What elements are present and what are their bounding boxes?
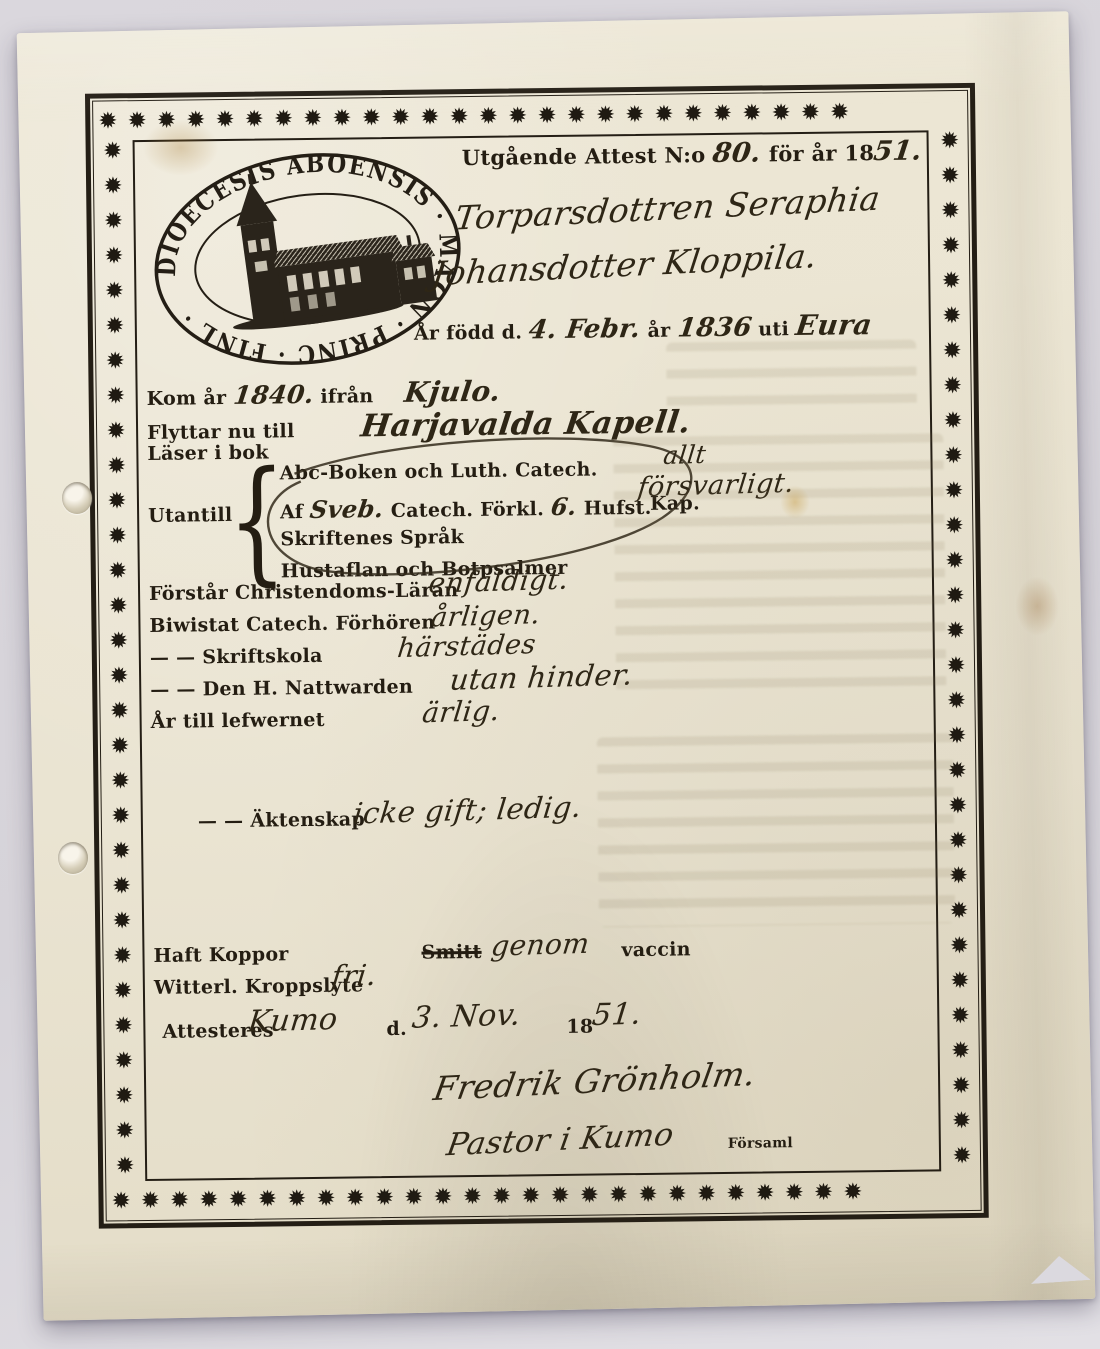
header-year-label: för år 18 bbox=[769, 140, 875, 166]
scanned-certificate-photo: { "ornaments": { "rosette": "✹" }, "embl… bbox=[0, 0, 1100, 1349]
attest-place-handwritten: Kumo bbox=[246, 1002, 339, 1040]
signature-title-printed: Församl bbox=[728, 1135, 793, 1152]
born-label: År född d. bbox=[414, 321, 523, 344]
attest-century-label: 18 bbox=[566, 1016, 593, 1038]
koppor-value-handwritten: genom bbox=[489, 927, 591, 963]
document-paper: ✹✹✹✹✹✹✹✹✹✹✹✹✹✹✹✹✹✹✹✹✹✹✹✹✹✹ ✹✹✹✹✹✹✹✹✹✹✹✹✹… bbox=[17, 11, 1096, 1321]
rosette-row-bottom-icon: ✹✹✹✹✹✹✹✹✹✹✹✹✹✹✹✹✹✹✹✹✹✹✹✹✹✹ bbox=[111, 1174, 979, 1219]
attest-year-handwritten: 51. bbox=[872, 135, 924, 167]
came-from-label: ifrån bbox=[320, 385, 373, 408]
born-place-handwritten: Eura bbox=[794, 308, 874, 342]
punch-hole bbox=[62, 482, 92, 514]
reverse-print-showthrough bbox=[613, 433, 946, 697]
came-year-handwritten: 1840. bbox=[231, 380, 315, 410]
forstar-value-handwritten: enfaldigt. bbox=[427, 563, 571, 600]
attest-year-handwritten: 51. bbox=[590, 997, 643, 1033]
lefwernet-value-handwritten: ärlig. bbox=[421, 694, 502, 729]
aktenskap-label: — — Äktenskap bbox=[198, 808, 365, 832]
lefwernet-label: År till lefwernet bbox=[151, 709, 325, 733]
skriftskola-value-handwritten: härstädes bbox=[396, 629, 538, 664]
came-label: Kom år bbox=[147, 387, 227, 410]
aktenskap-value-handwritten: icke gift; ledig. bbox=[352, 790, 584, 831]
punch-hole bbox=[58, 842, 88, 874]
born-place-label: uti bbox=[758, 318, 789, 340]
koppor-post-label: vaccin bbox=[621, 938, 691, 961]
skriftskola-label: — — Skriftskola bbox=[150, 645, 323, 669]
nattwarden-label: — — Den H. Nattwarden bbox=[150, 676, 413, 701]
nattwarden-value-handwritten: utan hinder. bbox=[448, 657, 635, 696]
forstar-label: Förstår Christendoms-Läran bbox=[149, 579, 459, 605]
kroppslyte-value-handwritten: fri. bbox=[330, 958, 379, 993]
utantill-label: Utantill bbox=[148, 504, 233, 527]
reverse-print-showthrough bbox=[597, 733, 955, 927]
document-content: ✹✹✹✹✹✹✹✹✹✹✹✹✹✹✹✹✹✹✹✹✹✹✹✹✹✹ ✹✹✹✹✹✹✹✹✹✹✹✹✹… bbox=[22, 16, 1090, 1317]
attest-number-handwritten: 80. bbox=[711, 137, 763, 169]
attest-date-handwritten: 3. Nov. bbox=[410, 997, 522, 1035]
header-line: Utgående Attest N:o 80. för år 1851. bbox=[462, 135, 923, 172]
koppor-label: Haft Koppor bbox=[153, 943, 288, 967]
header-label: Utgående Attest N:o bbox=[462, 142, 706, 170]
biwistat-value-handwritten: årligen. bbox=[430, 599, 542, 633]
biwistat-label: Biwistat Catech. Förhören bbox=[149, 611, 435, 636]
born-year-handwritten: 1836 bbox=[675, 313, 753, 344]
koppor-struck-label: Smitt bbox=[421, 941, 481, 964]
born-day-handwritten: 4. Febr. bbox=[527, 314, 642, 345]
reverse-print-showthrough bbox=[666, 340, 917, 423]
attest-d-label: d. bbox=[386, 1018, 407, 1040]
paper-stain bbox=[1015, 576, 1060, 637]
born-year-label: år bbox=[647, 320, 670, 342]
came-place-handwritten: Kjulo. bbox=[402, 375, 502, 409]
